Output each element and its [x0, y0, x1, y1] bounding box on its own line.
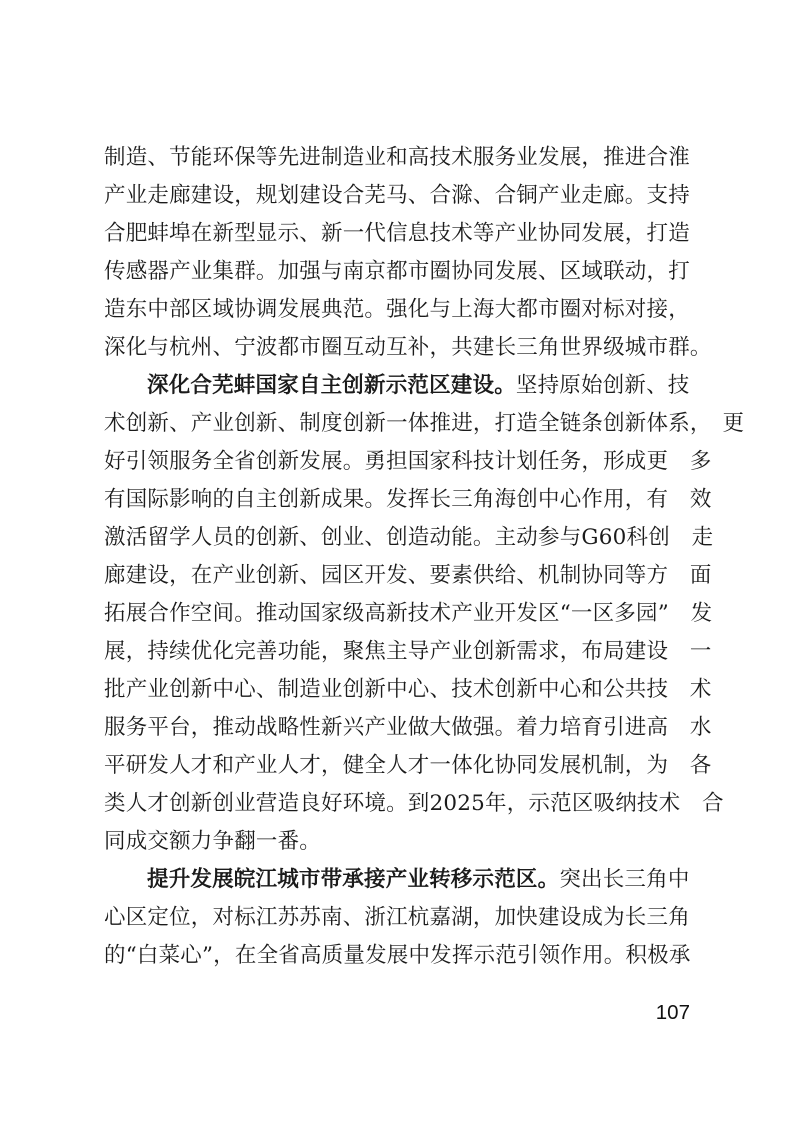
text-line: 激活留学人员的创新、创业、创造动能。主动参与G60科创 走 — [104, 519, 690, 557]
text-line: 服务平台，推动战略性新兴产业做大做强。着力培育引进高 水 — [104, 709, 690, 747]
text-line: 批产业创新中心、制造业创新中心、技术创新中心和公共技 术 — [104, 671, 690, 709]
text-line: 廊建设，在产业创新、园区开发、要素供给、机制协同等方 面 — [104, 557, 690, 595]
text-line: 有国际影响的自主创新成果。发挥长三角海创中心作用，有 效 — [104, 481, 690, 519]
text-line: 深化与杭州、宁波都市圈互动互补，共建长三角世界级城市群。 — [104, 329, 690, 367]
paragraph-2-first-line: 深化合芜蚌国家自主创新示范区建设。坚持原始创新、技 — [104, 367, 690, 405]
paragraph-3: 提升发展皖江城市带承接产业转移示范区。突出长三角中 心区定位，对标江苏苏南、浙江… — [104, 861, 690, 975]
page-number: 107 — [104, 998, 690, 1028]
text-block: 制造、节能环保等先进制造业和高技术服务业发展，推进合淮 产业走廊建设，规划建设合… — [104, 139, 690, 975]
text-line: 好引领服务全省创新发展。勇担国家科技计划任务，形成更 多 — [104, 443, 690, 481]
paragraph-2: 深化合芜蚌国家自主创新示范区建设。坚持原始创新、技 术创新、产业创新、制度创新一… — [104, 367, 690, 861]
paragraph-3-first-line: 提升发展皖江城市带承接产业转移示范区。突出长三角中 — [104, 861, 690, 899]
text-line: 心区定位，对标江苏苏南、浙江杭嘉湖，加快建设成为长三角 — [104, 899, 690, 937]
text-line: 同成交额力争翻一番。 — [104, 823, 690, 861]
paragraph-2-first-line-rest: 坚持原始创新、技 — [516, 373, 690, 398]
paragraph-1: 制造、节能环保等先进制造业和高技术服务业发展，推进合淮 产业走廊建设，规划建设合… — [104, 139, 690, 367]
document-page: 制造、节能环保等先进制造业和高技术服务业发展，推进合淮 产业走廊建设，规划建设合… — [0, 0, 793, 1122]
text-line: 术创新、产业创新、制度创新一体推进，打造全链条创新体系， 更 — [104, 405, 690, 443]
text-line: 产业走廊建设，规划建设合芜马、合滁、合铜产业走廊。支持 — [104, 177, 690, 215]
text-line: 传感器产业集群。加强与南京都市圈协同发展、区域联动，打 — [104, 253, 690, 291]
paragraph-3-first-line-rest: 突出长三角中 — [559, 867, 689, 892]
text-line: 拓展合作空间。推动国家级高新技术产业开发区“一区多园” 发 — [104, 595, 690, 633]
text-line: 平研发人才和产业人才，健全人才一体化协同发展机制，为 各 — [104, 747, 690, 785]
text-line: 类人才创新创业营造良好环境。到2025年，示范区吸纳技术 合 — [104, 785, 690, 823]
text-line: 制造、节能环保等先进制造业和高技术服务业发展，推进合淮 — [104, 139, 690, 177]
text-line: 造东中部区域协调发展典范。强化与上海大都市圈对标对接， — [104, 291, 690, 329]
paragraph-3-heading: 提升发展皖江城市带承接产业转移示范区。 — [147, 867, 559, 892]
paragraph-2-heading: 深化合芜蚌国家自主创新示范区建设。 — [147, 373, 516, 398]
text-line: 的“白菜心”，在全省高质量发展中发挥示范引领作用。积极承 — [104, 937, 690, 975]
text-line: 合肥蚌埠在新型显示、新一代信息技术等产业协同发展，打造 — [104, 215, 690, 253]
text-line: 展，持续优化完善功能，聚焦主导产业创新需求，布局建设 一 — [104, 633, 690, 671]
